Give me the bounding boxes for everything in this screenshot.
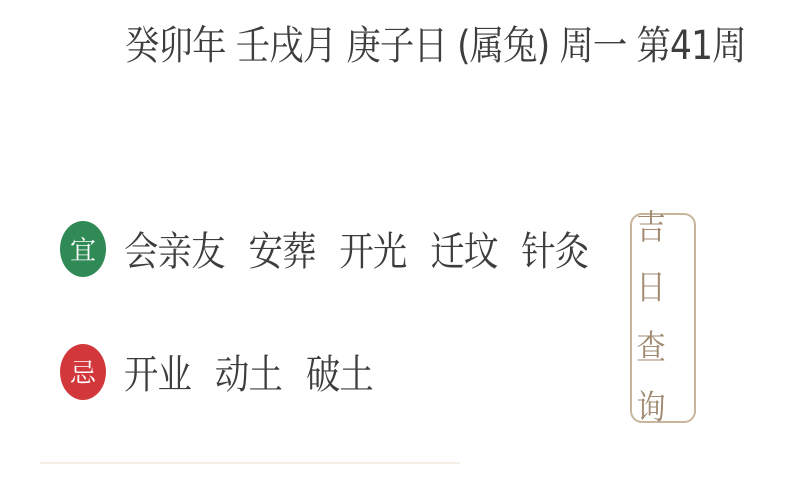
suitable-badge: 宜 [60, 221, 106, 277]
suitable-item: 开光 [339, 229, 406, 275]
avoid-badge: 忌 [60, 344, 106, 400]
lucky-day-label-line2: 查询 [636, 318, 689, 438]
suitable-item: 迁坟 [430, 229, 497, 275]
avoid-row: 忌 开业 动土 破土 [60, 343, 429, 400]
lucky-day-label-line1: 吉日 [636, 198, 689, 318]
suitable-row: 宜 会亲友 安葬 开光 迁坟 针灸 [60, 220, 680, 277]
divider [40, 462, 460, 464]
suitable-item: 安葬 [248, 229, 315, 275]
suitable-item: 针灸 [521, 229, 588, 275]
avoid-items: 开业 动土 破土 [124, 343, 387, 400]
avoid-item: 破土 [306, 352, 373, 398]
avoid-item: 开业 [124, 352, 191, 398]
avoid-item: 动土 [215, 352, 282, 398]
lucky-day-query-button[interactable]: 吉日 查询 [630, 213, 696, 423]
suitable-item: 会亲友 [124, 229, 225, 275]
lunar-date-text: 癸卯年 壬戌月 庚子日 (属兔) 周一 第41周 [125, 14, 746, 71]
suitable-items: 会亲友 安葬 开光 迁坟 针灸 [124, 220, 602, 277]
